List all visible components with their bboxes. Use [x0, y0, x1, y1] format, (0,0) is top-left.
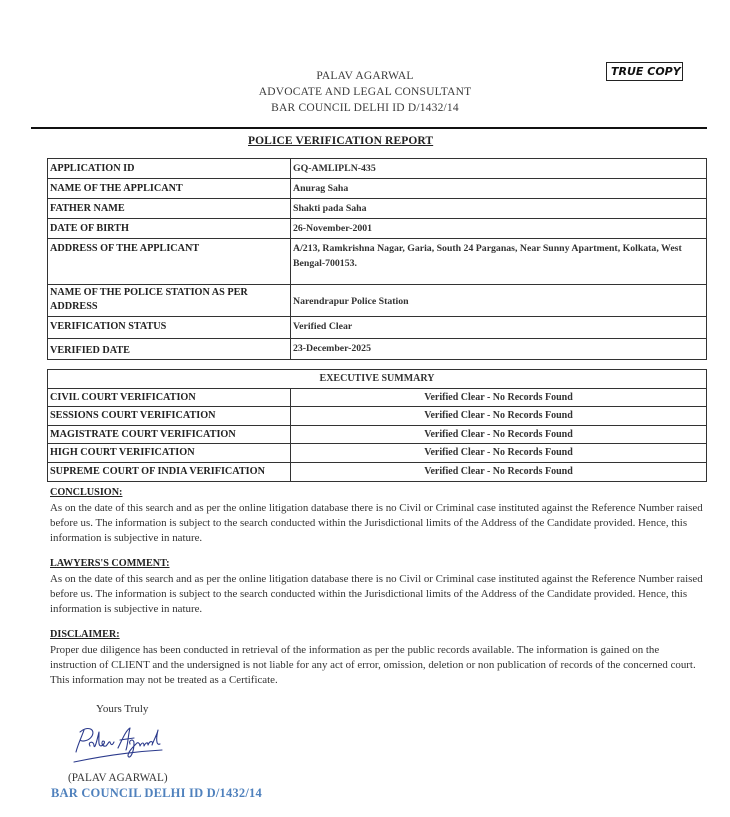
row-label: SESSIONS COURT VERIFICATION: [48, 407, 291, 426]
disclaimer-heading: DISCLAIMER:: [50, 628, 705, 642]
executive-summary-title: EXECUTIVE SUMMARY: [48, 370, 707, 389]
row-label: ADDRESS OF THE APPLICANT: [48, 239, 291, 285]
civil-court-result: Verified Clear - No Records Found: [291, 388, 707, 407]
report-title: POLICE VERIFICATION REPORT: [248, 135, 433, 147]
table-row: SESSIONS COURT VERIFICATION Verified Cle…: [48, 407, 707, 426]
table-header-row: EXECUTIVE SUMMARY: [48, 370, 707, 389]
sessions-court-result: Verified Clear - No Records Found: [291, 407, 707, 426]
table-row: APPLICATION ID GQ-AMLIPLN-435: [48, 159, 707, 179]
advocate-bar-council-id: BAR COUNCIL DELHI ID D/1432/14: [0, 100, 730, 116]
table-row: VERIFIED DATE 23-December-2025: [48, 339, 707, 360]
police-station-value: Narendrapur Police Station: [291, 285, 707, 317]
table-row: NAME OF THE POLICE STATION AS PER ADDRES…: [48, 285, 707, 317]
address-value: A/213, Ramkrishna Nagar, Garia, South 24…: [291, 239, 707, 285]
table-row: ADDRESS OF THE APPLICANT A/213, Ramkrish…: [48, 239, 707, 285]
table-row: MAGISTRATE COURT VERIFICATION Verified C…: [48, 425, 707, 444]
row-label: MAGISTRATE COURT VERIFICATION: [48, 425, 291, 444]
disclaimer-section: DISCLAIMER: Proper due diligence has bee…: [50, 628, 705, 688]
table-row: HIGH COURT VERIFICATION Verified Clear -…: [48, 444, 707, 463]
header-divider: [31, 127, 707, 129]
table-row: SUPREME COURT OF INDIA VERIFICATION Veri…: [48, 462, 707, 481]
conclusion-text: As on the date of this search and as per…: [50, 501, 705, 546]
magistrate-court-result: Verified Clear - No Records Found: [291, 425, 707, 444]
lawyers-comment-heading: LAWYERS'S COMMENT:: [50, 557, 705, 571]
signatory-bar-council-id: BAR COUNCIL DELHI ID D/1432/14: [51, 786, 262, 801]
table-row: FATHER NAME Shakti pada Saha: [48, 199, 707, 219]
table-row: NAME OF THE APPLICANT Anurag Saha: [48, 179, 707, 199]
row-label: FATHER NAME: [48, 199, 291, 219]
supreme-court-result: Verified Clear - No Records Found: [291, 462, 707, 481]
lawyers-comment-section: LAWYERS'S COMMENT: As on the date of thi…: [50, 557, 705, 617]
table-row: DATE OF BIRTH 26-November-2001: [48, 219, 707, 239]
verified-date-value: 23-December-2025: [291, 339, 707, 360]
conclusion-heading: CONCLUSION:: [50, 486, 705, 500]
table-row: CIVIL COURT VERIFICATION Verified Clear …: [48, 388, 707, 407]
row-label: DATE OF BIRTH: [48, 219, 291, 239]
true-copy-stamp: TRUE COPY: [606, 62, 683, 81]
row-label: HIGH COURT VERIFICATION: [48, 444, 291, 463]
row-label: NAME OF THE POLICE STATION AS PER ADDRES…: [48, 285, 291, 317]
date-of-birth-value: 26-November-2001: [291, 219, 707, 239]
advocate-designation: ADVOCATE AND LEGAL CONSULTANT: [0, 84, 730, 100]
disclaimer-text: Proper due diligence has been conducted …: [50, 643, 705, 688]
row-label: NAME OF THE APPLICANT: [48, 179, 291, 199]
verification-status-value: Verified Clear: [291, 317, 707, 339]
row-label: APPLICATION ID: [48, 159, 291, 179]
signature-icon: [68, 722, 168, 772]
father-name-value: Shakti pada Saha: [291, 199, 707, 219]
conclusion-section: CONCLUSION: As on the date of this searc…: [50, 486, 705, 546]
row-label: VERIFICATION STATUS: [48, 317, 291, 339]
applicant-details-table: APPLICATION ID GQ-AMLIPLN-435 NAME OF TH…: [47, 158, 707, 360]
row-label: VERIFIED DATE: [48, 339, 291, 360]
applicant-name-value: Anurag Saha: [291, 179, 707, 199]
executive-summary-table: EXECUTIVE SUMMARY CIVIL COURT VERIFICATI…: [47, 369, 707, 482]
row-label: CIVIL COURT VERIFICATION: [48, 388, 291, 407]
signatory-name: (PALAV AGARWAL): [68, 772, 168, 784]
table-row: VERIFICATION STATUS Verified Clear: [48, 317, 707, 339]
row-label: SUPREME COURT OF INDIA VERIFICATION: [48, 462, 291, 481]
lawyers-comment-text: As on the date of this search and as per…: [50, 572, 705, 617]
application-id-value: GQ-AMLIPLN-435: [291, 159, 707, 179]
closing-text: Yours Truly: [96, 703, 148, 715]
high-court-result: Verified Clear - No Records Found: [291, 444, 707, 463]
